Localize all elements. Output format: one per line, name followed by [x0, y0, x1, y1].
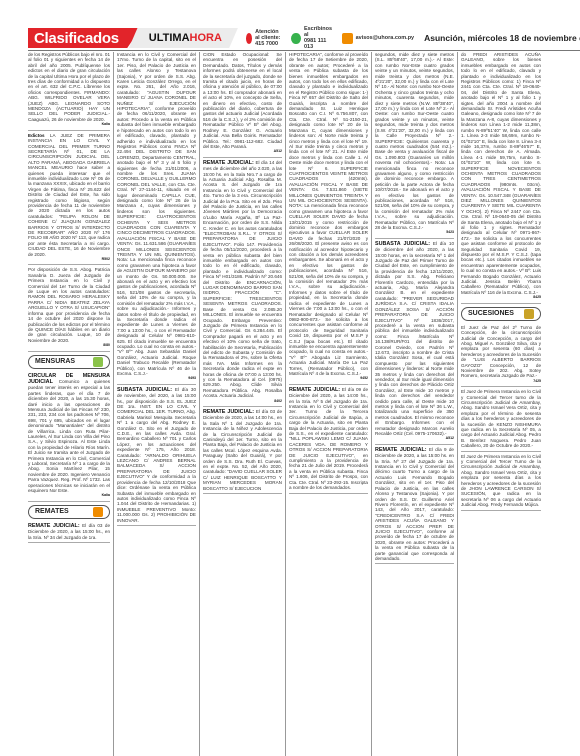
classified-ad: REMATE JUDICIAL: El día 03 de Diciembre … [203, 409, 282, 494]
classified-ad: Por disposición de S.S. Abog. Patricia S… [28, 267, 110, 351]
whatsapp-icon [291, 33, 301, 44]
classified-ad: do FREDI ARISTIDES ACUÑA GALEANO, sobre … [461, 52, 541, 304]
classifieds-columns: de los Registros Públicos bajo el nro. 0… [28, 52, 580, 756]
section-title: Clasificados [28, 28, 141, 48]
classified-ad: CIRCULAR DE MENSURA JUDICIAL Comunico a … [28, 373, 110, 502]
section-header-mensuras: MENSURAS [28, 355, 110, 369]
contact-email: avisos@uhora.com.py [342, 33, 415, 44]
column-4: HIPOTECARIA", conforme al proveído de fe… [286, 52, 372, 756]
classified-ad: REMATE JUDICIAL: El día 9 de Diciembre d… [375, 447, 454, 565]
classified-ad: REMATE JUDICIAL: El día 09 de Diciembre … [289, 387, 368, 494]
column-2: Instancia en lo Civil y Comercial del 17… [114, 52, 200, 756]
header-divider [28, 50, 580, 51]
page-header: Clasificados ULTIMAHORA Atención al clie… [28, 28, 580, 48]
classified-ad: CION Estado Ocupacional: Se encuentra en… [203, 52, 282, 158]
classified-ad: El Juez de Paz del 2º Turno de Concepció… [461, 325, 541, 387]
classified-ad: HIPOTECARIA", conforme al proveído de fe… [289, 52, 368, 385]
map-icon [93, 357, 103, 367]
classified-ad: de los Registros Públicos bajo el nro. 0… [28, 52, 110, 131]
classified-ad: segundos, mide diez y siete metros (S.L.… [375, 52, 454, 239]
classified-ad: REMATE JUDICIAL: El día 14 del mes de di… [203, 160, 282, 407]
newspaper-logo: ULTIMAHORA [129, 28, 238, 48]
column-6: do FREDI ARISTIDES ACUÑA GALEANO, sobre … [458, 52, 544, 756]
classified-ad: REMATE JUDICIAL: El día 03 de Diciembre … [28, 523, 110, 543]
phone-icon [246, 33, 252, 44]
classified-ad: Instancia en lo Civil y Comercial del 17… [117, 52, 196, 385]
dateline: Asunción, miércoles 18 de noviembre de 2… [424, 33, 580, 43]
classified-ad: SUBASTA JUDICIAL: El día 10 de diciembre… [375, 241, 454, 445]
classified-ad: El Juez de Primera Instancia en lo Civil… [461, 389, 541, 451]
contact-whatsapp: Escríbinos al0981 111 013 [291, 26, 333, 50]
classified-ad: Edictos LA JUEZ DE PRIMERA INSTANCIA EN … [28, 133, 110, 266]
contact-phone: Atención al cliente:415 7000 [246, 29, 284, 47]
section-header-remates: REMATES [28, 505, 110, 519]
gavel-icon [93, 507, 103, 517]
email-icon [342, 33, 353, 44]
classified-ad: SUBASTA JUDICIAL: El día 30 de noviembre… [117, 387, 196, 526]
section-header-sucesiones: SUCESIONES [461, 307, 541, 321]
classified-ad: El Juez de Primera Instancia en lo Civil… [461, 454, 541, 511]
people-icon [524, 309, 534, 319]
column-1: de los Registros Públicos bajo el nro. 0… [28, 52, 114, 756]
column-3: CION Estado Ocupacional: Se encuentra en… [200, 52, 286, 756]
column-5: segundos, mide diez y siete metros (S.L.… [372, 52, 458, 756]
